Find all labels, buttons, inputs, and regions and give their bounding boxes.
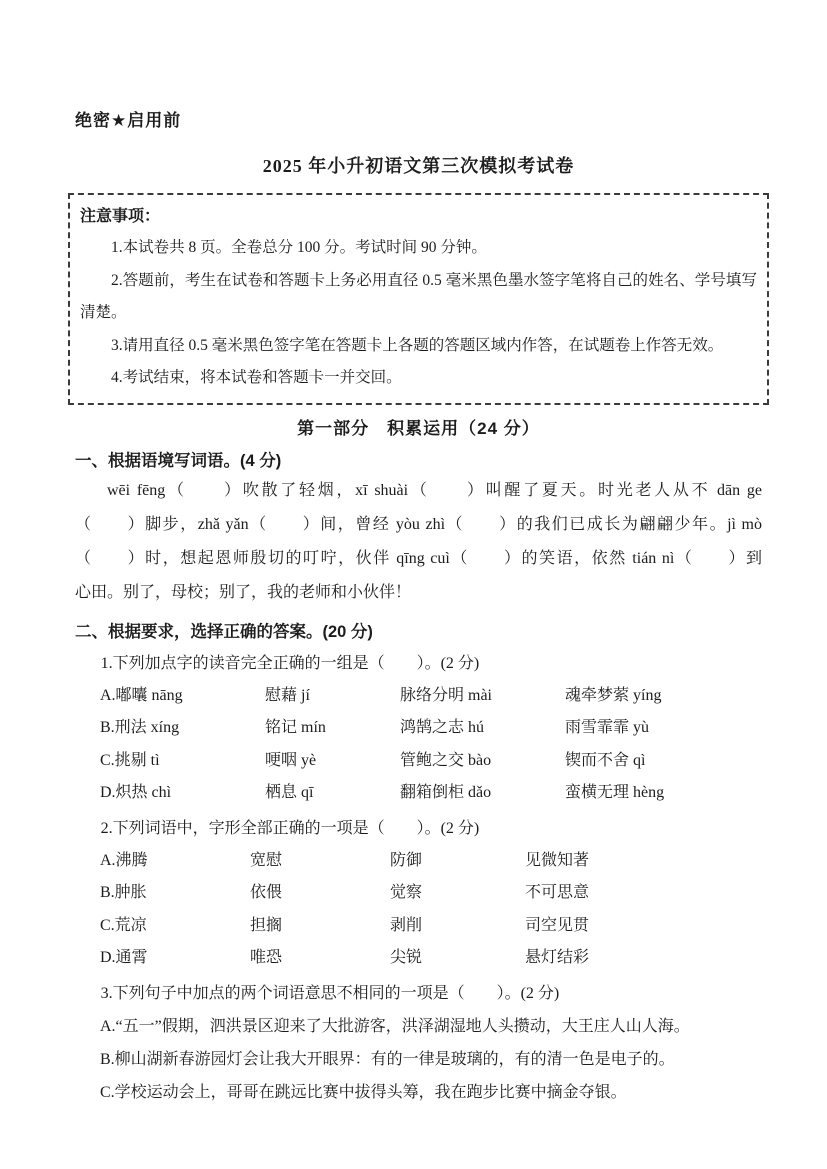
exam-title: 2025 年小升初语文第三次模拟考试卷 bbox=[75, 152, 762, 178]
notice-heading: 注意事项： bbox=[80, 201, 757, 232]
question3-options: A.“五一”假期，泗洪景区迎来了大批游客，洪泽湖湿地人头攒动，大王庄人山人海。 … bbox=[75, 1010, 762, 1109]
option-cell: 雨雪霏霏 yù bbox=[565, 712, 762, 745]
pinyin-paragraph: wēi fēng（ ）吹散了轻烟，xī shuài（ ）叫醒了夏天。时光老人从不… bbox=[75, 474, 762, 610]
option-cell: 剥削 bbox=[390, 910, 525, 943]
notice-box: 注意事项： 1.本试卷共 8 页。全卷总分 100 分。考试时间 90 分钟。 … bbox=[68, 193, 769, 405]
option-cell: 脉络分明 mài bbox=[400, 680, 565, 713]
section2-heading: 二、根据要求，选择正确的答案。(20 分) bbox=[75, 619, 762, 645]
option-cell: 鸿鹄之志 hú bbox=[400, 712, 565, 745]
option-cell: 觉察 bbox=[390, 877, 525, 910]
paragraph-line: 心田。别了，母校；别了，我的老师和小伙伴！ bbox=[75, 576, 762, 610]
option-cell: 铭记 mín bbox=[265, 712, 400, 745]
question1-stem: 1.下列加点字的读音完全正确的一组是（ ）。(2 分) bbox=[75, 647, 762, 680]
paragraph-line: （ ）时，想起恩师殷切的叮咛，伙伴 qīng cuì（ ）的笑语，依然 tián… bbox=[75, 542, 762, 576]
question3-stem: 3.下列句子中加点的两个词语意思不相同的一项是（ ）。(2 分) bbox=[75, 977, 762, 1010]
option-cell: A.嘟囔 nāng bbox=[100, 680, 265, 713]
option-line: C.学校运动会上，哥哥在跳远比赛中拔得头筹，我在跑步比赛中摘金夺银。 bbox=[75, 1076, 762, 1109]
question2-stem: 2.下列词语中，字形全部正确的一项是（ ）。(2 分) bbox=[75, 812, 762, 845]
option-cell: 宽慰 bbox=[250, 845, 390, 878]
option-cell: B.肿胀 bbox=[100, 877, 250, 910]
paragraph-line: （ ）脚步，zhǎ yǎn（ ）间，曾经 yòu zhì（ ）的我们已成长为翩翩… bbox=[75, 508, 762, 542]
option-cell: 防御 bbox=[390, 845, 525, 878]
option-cell: 依偎 bbox=[250, 877, 390, 910]
option-cell: A.沸腾 bbox=[100, 845, 250, 878]
option-cell: 魂牵梦萦 yíng bbox=[565, 680, 762, 713]
part1-heading: 第一部分 积累运用（24 分） bbox=[75, 414, 762, 439]
option-cell: 慰藉 jí bbox=[265, 680, 400, 713]
option-cell: 栖息 qī bbox=[265, 777, 400, 810]
option-cell: 管鲍之交 bào bbox=[400, 745, 565, 778]
option-cell: 尖锐 bbox=[390, 942, 525, 975]
option-cell: 见微知著 bbox=[525, 845, 762, 878]
option-cell: B.刑法 xíng bbox=[100, 712, 265, 745]
notice-item: 2.答题前，考生在试卷和答题卡上务必用直径 0.5 毫米黑色墨水签字笔将自己的姓… bbox=[80, 265, 757, 330]
option-cell: 翻箱倒柜 dǎo bbox=[400, 777, 565, 810]
option-cell: 担搁 bbox=[250, 910, 390, 943]
paragraph-line: wēi fēng（ ）吹散了轻烟，xī shuài（ ）叫醒了夏天。时光老人从不… bbox=[75, 474, 762, 508]
question2-options: A.沸腾 宽慰 防御 见微知著 B.肿胀 依偎 觉察 不可思意 C.荒凉 担搁 … bbox=[100, 845, 762, 975]
notice-item: 4.考试结束，将本试卷和答题卡一并交回。 bbox=[80, 362, 757, 395]
option-cell: 不可思意 bbox=[525, 877, 762, 910]
question1-options: A.嘟囔 nāng 慰藉 jí 脉络分明 mài 魂牵梦萦 yíng B.刑法 … bbox=[100, 680, 762, 810]
option-cell: D.通霄 bbox=[100, 942, 250, 975]
option-cell: 哽咽 yè bbox=[265, 745, 400, 778]
notice-item: 1.本试卷共 8 页。全卷总分 100 分。考试时间 90 分钟。 bbox=[80, 232, 757, 265]
exam-paper-page: 绝密★启用前 2025 年小升初语文第三次模拟考试卷 注意事项： 1.本试卷共 … bbox=[0, 0, 827, 1169]
option-line: B.柳山湖新春游园灯会让我大开眼界：有的一律是玻璃的，有的清一色是电子的。 bbox=[75, 1043, 762, 1076]
option-cell: 悬灯结彩 bbox=[525, 942, 762, 975]
option-cell: 锲而不舍 qì bbox=[565, 745, 762, 778]
option-cell: 唯恐 bbox=[250, 942, 390, 975]
option-cell: 司空见贯 bbox=[525, 910, 762, 943]
option-cell: C.挑剔 tì bbox=[100, 745, 265, 778]
option-cell: C.荒凉 bbox=[100, 910, 250, 943]
classification-label: 绝密★启用前 bbox=[75, 106, 762, 131]
section1-heading: 一、根据语境写词语。(4 分) bbox=[75, 448, 762, 474]
notice-item: 3.请用直径 0.5 毫米黑色签字笔在答题卡上各题的答题区域内作答，在试题卷上作… bbox=[80, 330, 757, 363]
option-line: A.“五一”假期，泗洪景区迎来了大批游客，洪泽湖湿地人头攒动，大王庄人山人海。 bbox=[75, 1010, 762, 1043]
option-cell: D.炽热 chì bbox=[100, 777, 265, 810]
option-cell: 蛮横无理 hèng bbox=[565, 777, 762, 810]
